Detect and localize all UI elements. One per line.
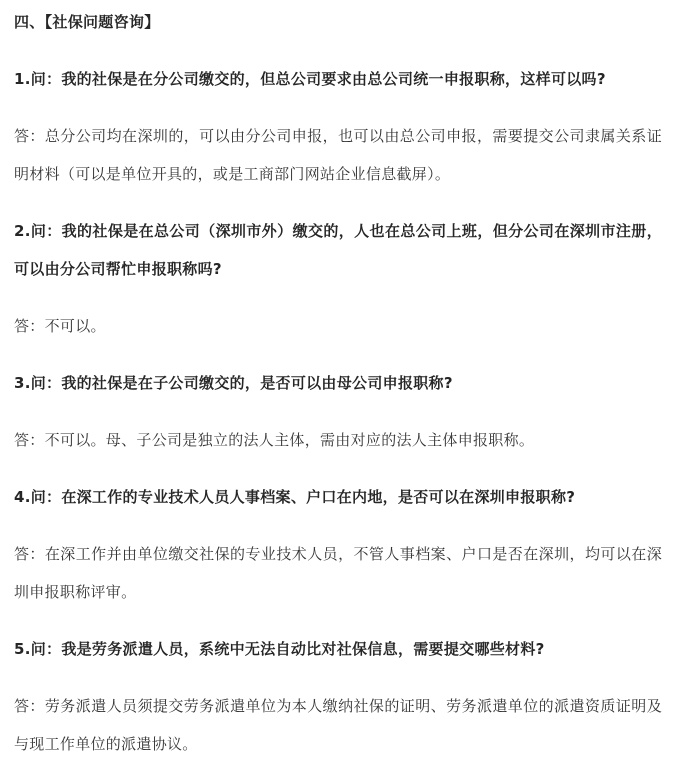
faq-document: 四、【社保问题咨询】 1.问：我的社保是在分公司缴交的，但总公司要求由总公司统一… bbox=[0, 0, 676, 763]
answer-2: 答：不可以。 bbox=[14, 307, 662, 345]
section-heading: 四、【社保问题咨询】 bbox=[14, 3, 662, 41]
answer-1: 答：总分公司均在深圳的，可以由分公司申报，也可以由总公司申报，需要提交公司隶属关… bbox=[14, 117, 662, 193]
answer-4: 答：在深工作并由单位缴交社保的专业技术人员，不管人事档案、户口是否在深圳，均可以… bbox=[14, 535, 662, 611]
question-1: 1.问：我的社保是在分公司缴交的，但总公司要求由总公司统一申报职称，这样可以吗? bbox=[14, 60, 662, 98]
question-2: 2.问：我的社保是在总公司（深圳市外）缴交的，人也在总公司上班，但分公司在深圳市… bbox=[14, 212, 662, 288]
question-4: 4.问：在深工作的专业技术人员人事档案、户口在内地，是否可以在深圳申报职称? bbox=[14, 478, 662, 516]
question-5: 5.问：我是劳务派遣人员，系统中无法自动比对社保信息，需要提交哪些材料? bbox=[14, 630, 662, 668]
answer-3: 答：不可以。母、子公司是独立的法人主体，需由对应的法人主体申报职称。 bbox=[14, 421, 662, 459]
answer-5: 答：劳务派遣人员须提交劳务派遣单位为本人缴纳社保的证明、劳务派遣单位的派遣资质证… bbox=[14, 687, 662, 763]
question-3: 3.问：我的社保是在子公司缴交的，是否可以由母公司申报职称? bbox=[14, 364, 662, 402]
